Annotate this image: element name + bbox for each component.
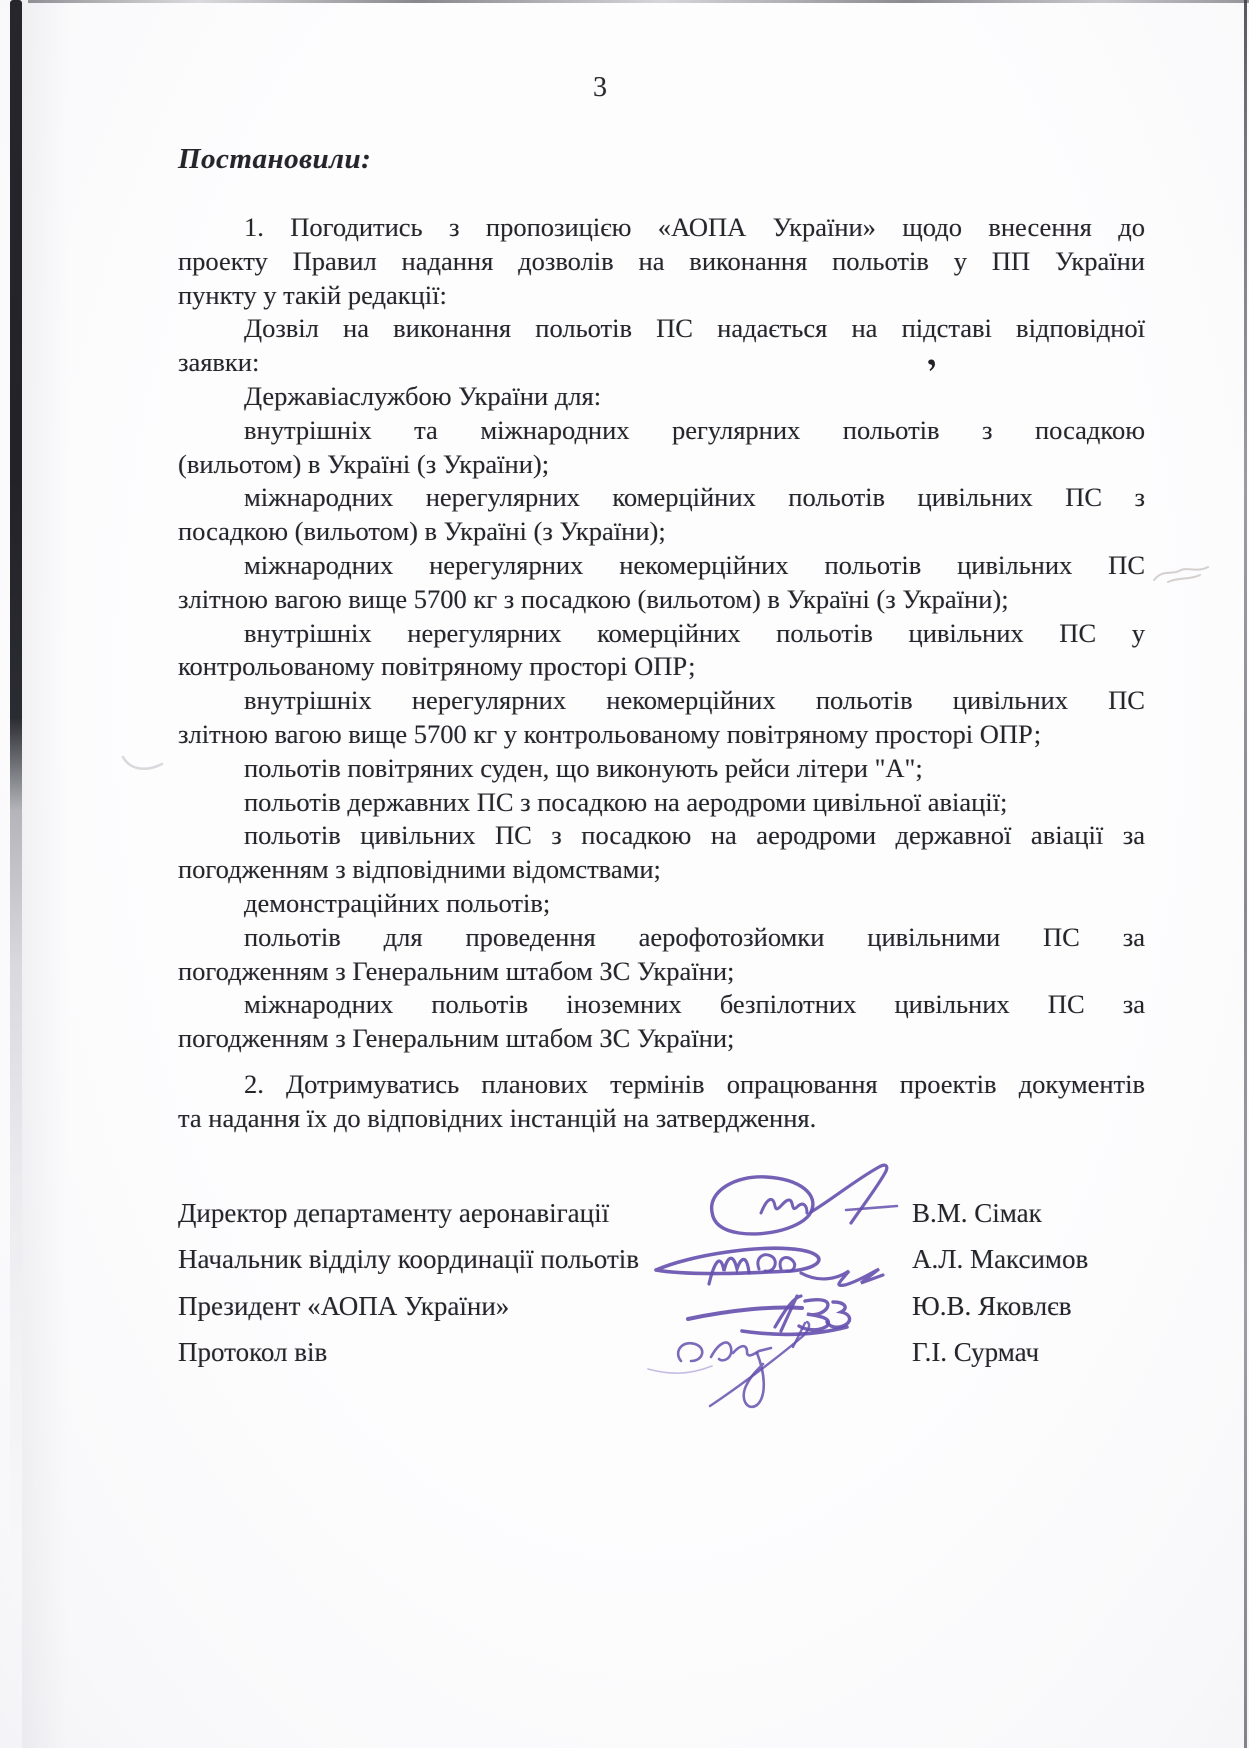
body-line: польотів цивільних ПС з посадкою на аеро…: [178, 819, 1145, 853]
body-line: міжнародних польотів іноземних безпілотн…: [178, 988, 1145, 1022]
body-text: 1. Погодитись з пропозицією «АОПА Україн…: [178, 211, 1145, 1136]
body-line: посадкою (вильотом) в Україні (з України…: [178, 515, 1145, 549]
scan-edge-right: [1244, 0, 1247, 1748]
body-line: польотів повітряних суден, що виконують …: [178, 752, 1145, 786]
signature-title: Директор департаменту аеронавігації: [178, 1190, 609, 1236]
page-number: 3: [560, 72, 640, 104]
signature-title: Протокол вів: [178, 1329, 327, 1375]
body-line: проекту Правил надання дозволів на викон…: [178, 245, 1145, 279]
pencil-arc-mark: [120, 752, 166, 783]
body-line: та надання їх до відповідних інстанцій н…: [178, 1102, 1145, 1136]
scan-edge-left: [10, 0, 22, 1560]
body-line: Дозвіл на виконання польотів ПС надаєтьс…: [178, 312, 1145, 346]
body-line: (вильотом) в Україні (з України);: [178, 448, 1145, 482]
body-line: міжнародних нерегулярних некомерційних п…: [178, 549, 1145, 583]
pencil-scribble-mark: [1150, 558, 1222, 597]
body-line: внутрішніх нерегулярних некомерційних по…: [178, 684, 1145, 718]
body-line: злітною вагою вище 5700 кг у контрольова…: [178, 718, 1145, 752]
body-line: заявки:: [178, 346, 1145, 380]
pencil-arc-path: [123, 757, 162, 769]
body-line: пункту у такій редакції:: [178, 279, 1145, 313]
signature-title: Президент «АОПА України»: [178, 1283, 509, 1329]
body-line: погодженням з відповідними відомствами;: [178, 853, 1145, 887]
body-line: внутрішніх нерегулярних комерційних поль…: [178, 617, 1145, 651]
body-line: погодженням з Генеральним штабом ЗС Укра…: [178, 955, 1145, 989]
body-line: погодженням з Генеральним штабом ЗС Укра…: [178, 1022, 1145, 1056]
body-line: контрольованому повітряному просторі ОПР…: [178, 650, 1145, 684]
body-line: польотів для проведення аерофотозйомки ц…: [178, 921, 1145, 955]
scan-edge-top: [28, 0, 1249, 3]
heading-postanovyly: Постановили:: [178, 143, 371, 176]
signature-simak-ink: [712, 1165, 897, 1234]
body-line: 1. Погодитись з пропозицією «АОПА Україн…: [178, 211, 1145, 245]
scanned-document-page: 3 Постановили: 1. Погодитись з пропозиці…: [0, 0, 1249, 1748]
body-line: демонстраційних польотів;: [178, 887, 1145, 921]
body-line: польотів державних ПС з посадкою на аеро…: [178, 786, 1145, 820]
handwritten-signatures: [560, 1160, 940, 1440]
body-line: міжнародних нерегулярних комерційних пол…: [178, 481, 1145, 515]
pencil-scribble-path: [1154, 567, 1208, 582]
scan-edge-left-shadow: [22, 0, 68, 1748]
body-line: злітною вагою вище 5700 кг з посадкою (в…: [178, 583, 1145, 617]
body-line: 2. Дотримуватись планових термінів опрац…: [178, 1068, 1145, 1102]
signature-yakovliev-ink: [688, 1296, 850, 1334]
body-line: Державіаслужбою України для:: [178, 380, 1145, 414]
signature-maksymov-ink: [656, 1248, 883, 1285]
body-line: внутрішніх та міжнародних регулярних пол…: [178, 414, 1145, 448]
